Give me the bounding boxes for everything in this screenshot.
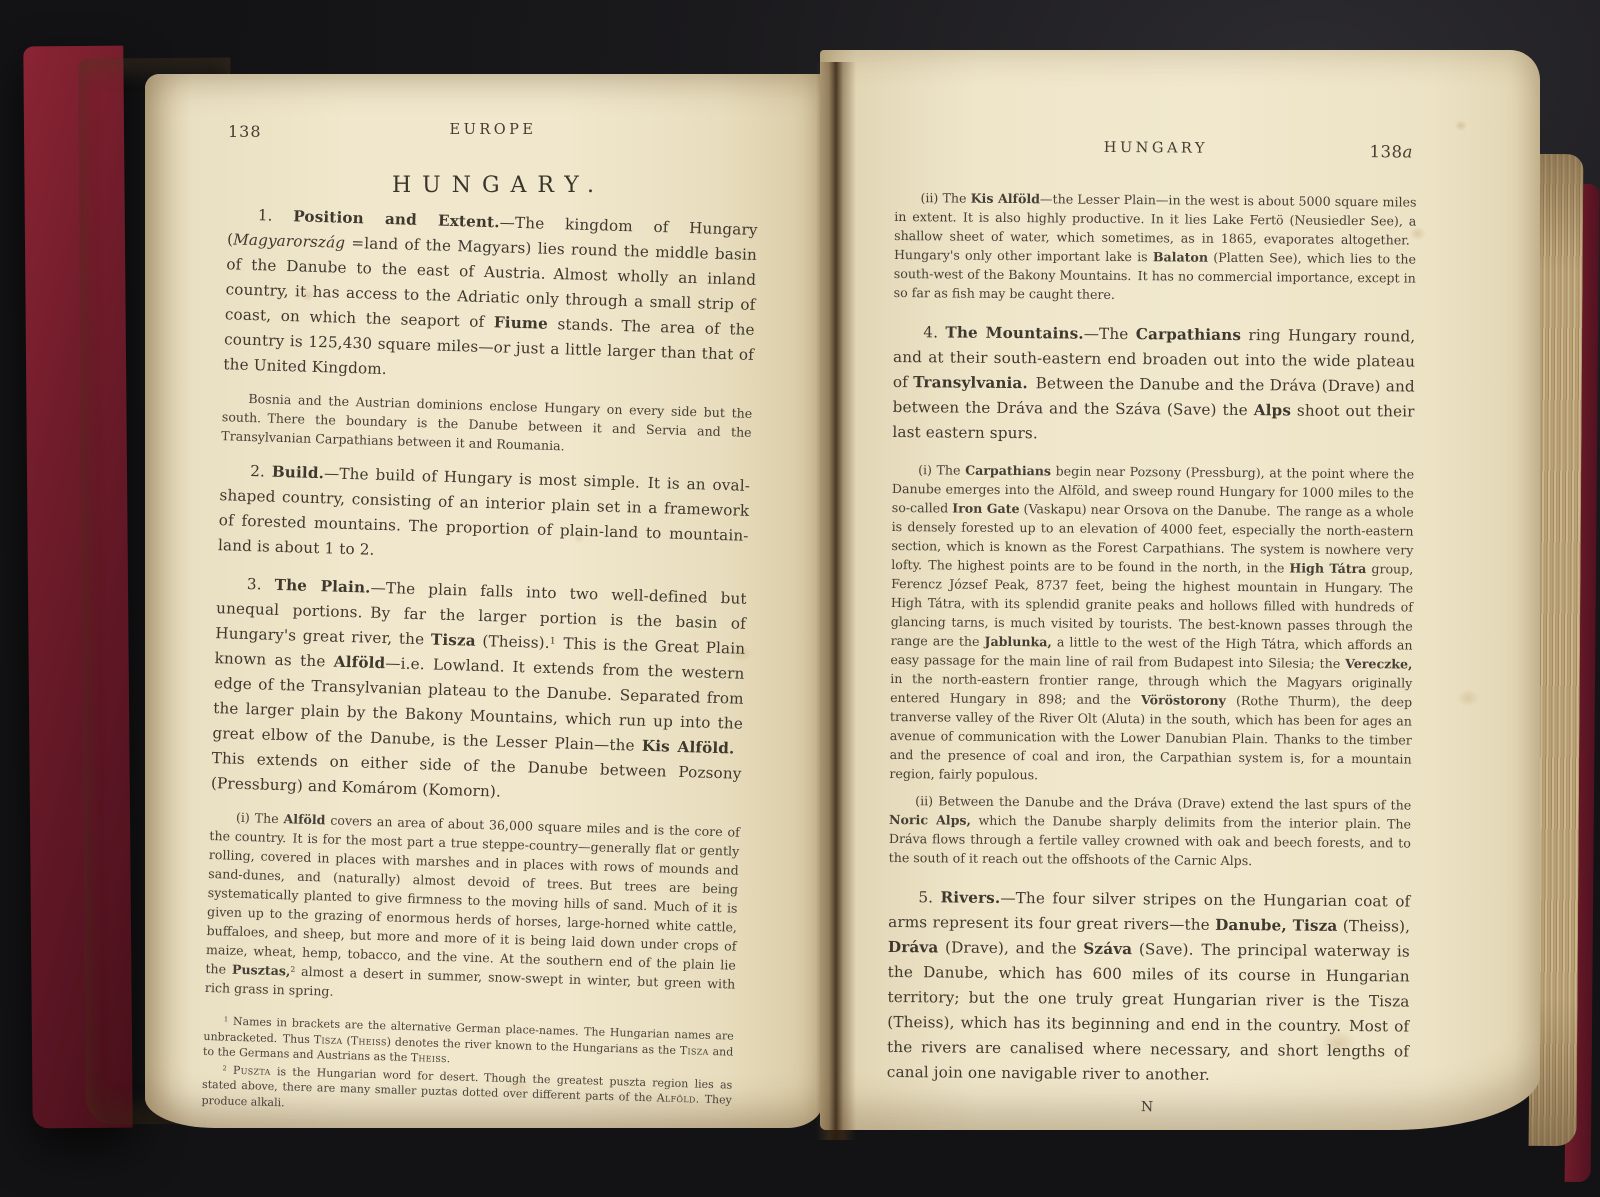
left-page-body: 1. Position and Extent.—The kingdom of H… <box>201 202 758 1123</box>
right-page-text: HUNGARY 138a (ii) The Kis Alföld—the Les… <box>886 138 1416 1118</box>
paragraph-build: 2. Build.—The build of Hungary is most s… <box>218 458 751 574</box>
chapter-title: HUNGARY. <box>228 173 758 198</box>
open-book: 138 EUROPE HUNGARY. 1. Position and Exte… <box>20 36 1595 1161</box>
right-page-header: HUNGARY 138a <box>895 138 1417 167</box>
paragraph-the-mountains: 4. The Mountains.—The Carpathians ring H… <box>892 320 1415 450</box>
paragraph-carpathians-note: (i) The Carpathians begin near Pozsony (… <box>889 460 1414 788</box>
photo-background: 138 EUROPE HUNGARY. 1. Position and Exte… <box>0 0 1600 1197</box>
paragraph-kis-alfold-note: (ii) The Kis Alföld—the Lesser Plain—in … <box>894 188 1417 307</box>
right-page-number: 138a <box>1369 142 1413 161</box>
paragraph-rivers: 5. Rivers.—The four silver stripes on th… <box>887 885 1411 1090</box>
paragraph-bosnia-note: Bosnia and the Austrian dominions enclos… <box>221 388 752 461</box>
gutter-shadow <box>816 62 856 1140</box>
left-running-header: EUROPE <box>228 122 758 138</box>
right-running-header: HUNGARY <box>895 138 1417 159</box>
left-page-text: 138 EUROPE HUNGARY. 1. Position and Exte… <box>228 122 758 1124</box>
paragraph-position-and-extent: 1. Position and Extent.—The kingdom of H… <box>223 202 758 393</box>
footnotes: 1 Names in brackets are the alternative … <box>201 1013 734 1124</box>
paragraph-the-plain: 3. The Plain.—The plain falls into two w… <box>211 571 747 812</box>
paragraph-alfold-note: (i) The Alföld covers an area of about 3… <box>205 807 740 1013</box>
paragraph-noric-alps-note: (ii) Between the Danube and the Dráva (D… <box>889 791 1412 872</box>
left-page-header: 138 EUROPE <box>228 122 758 146</box>
